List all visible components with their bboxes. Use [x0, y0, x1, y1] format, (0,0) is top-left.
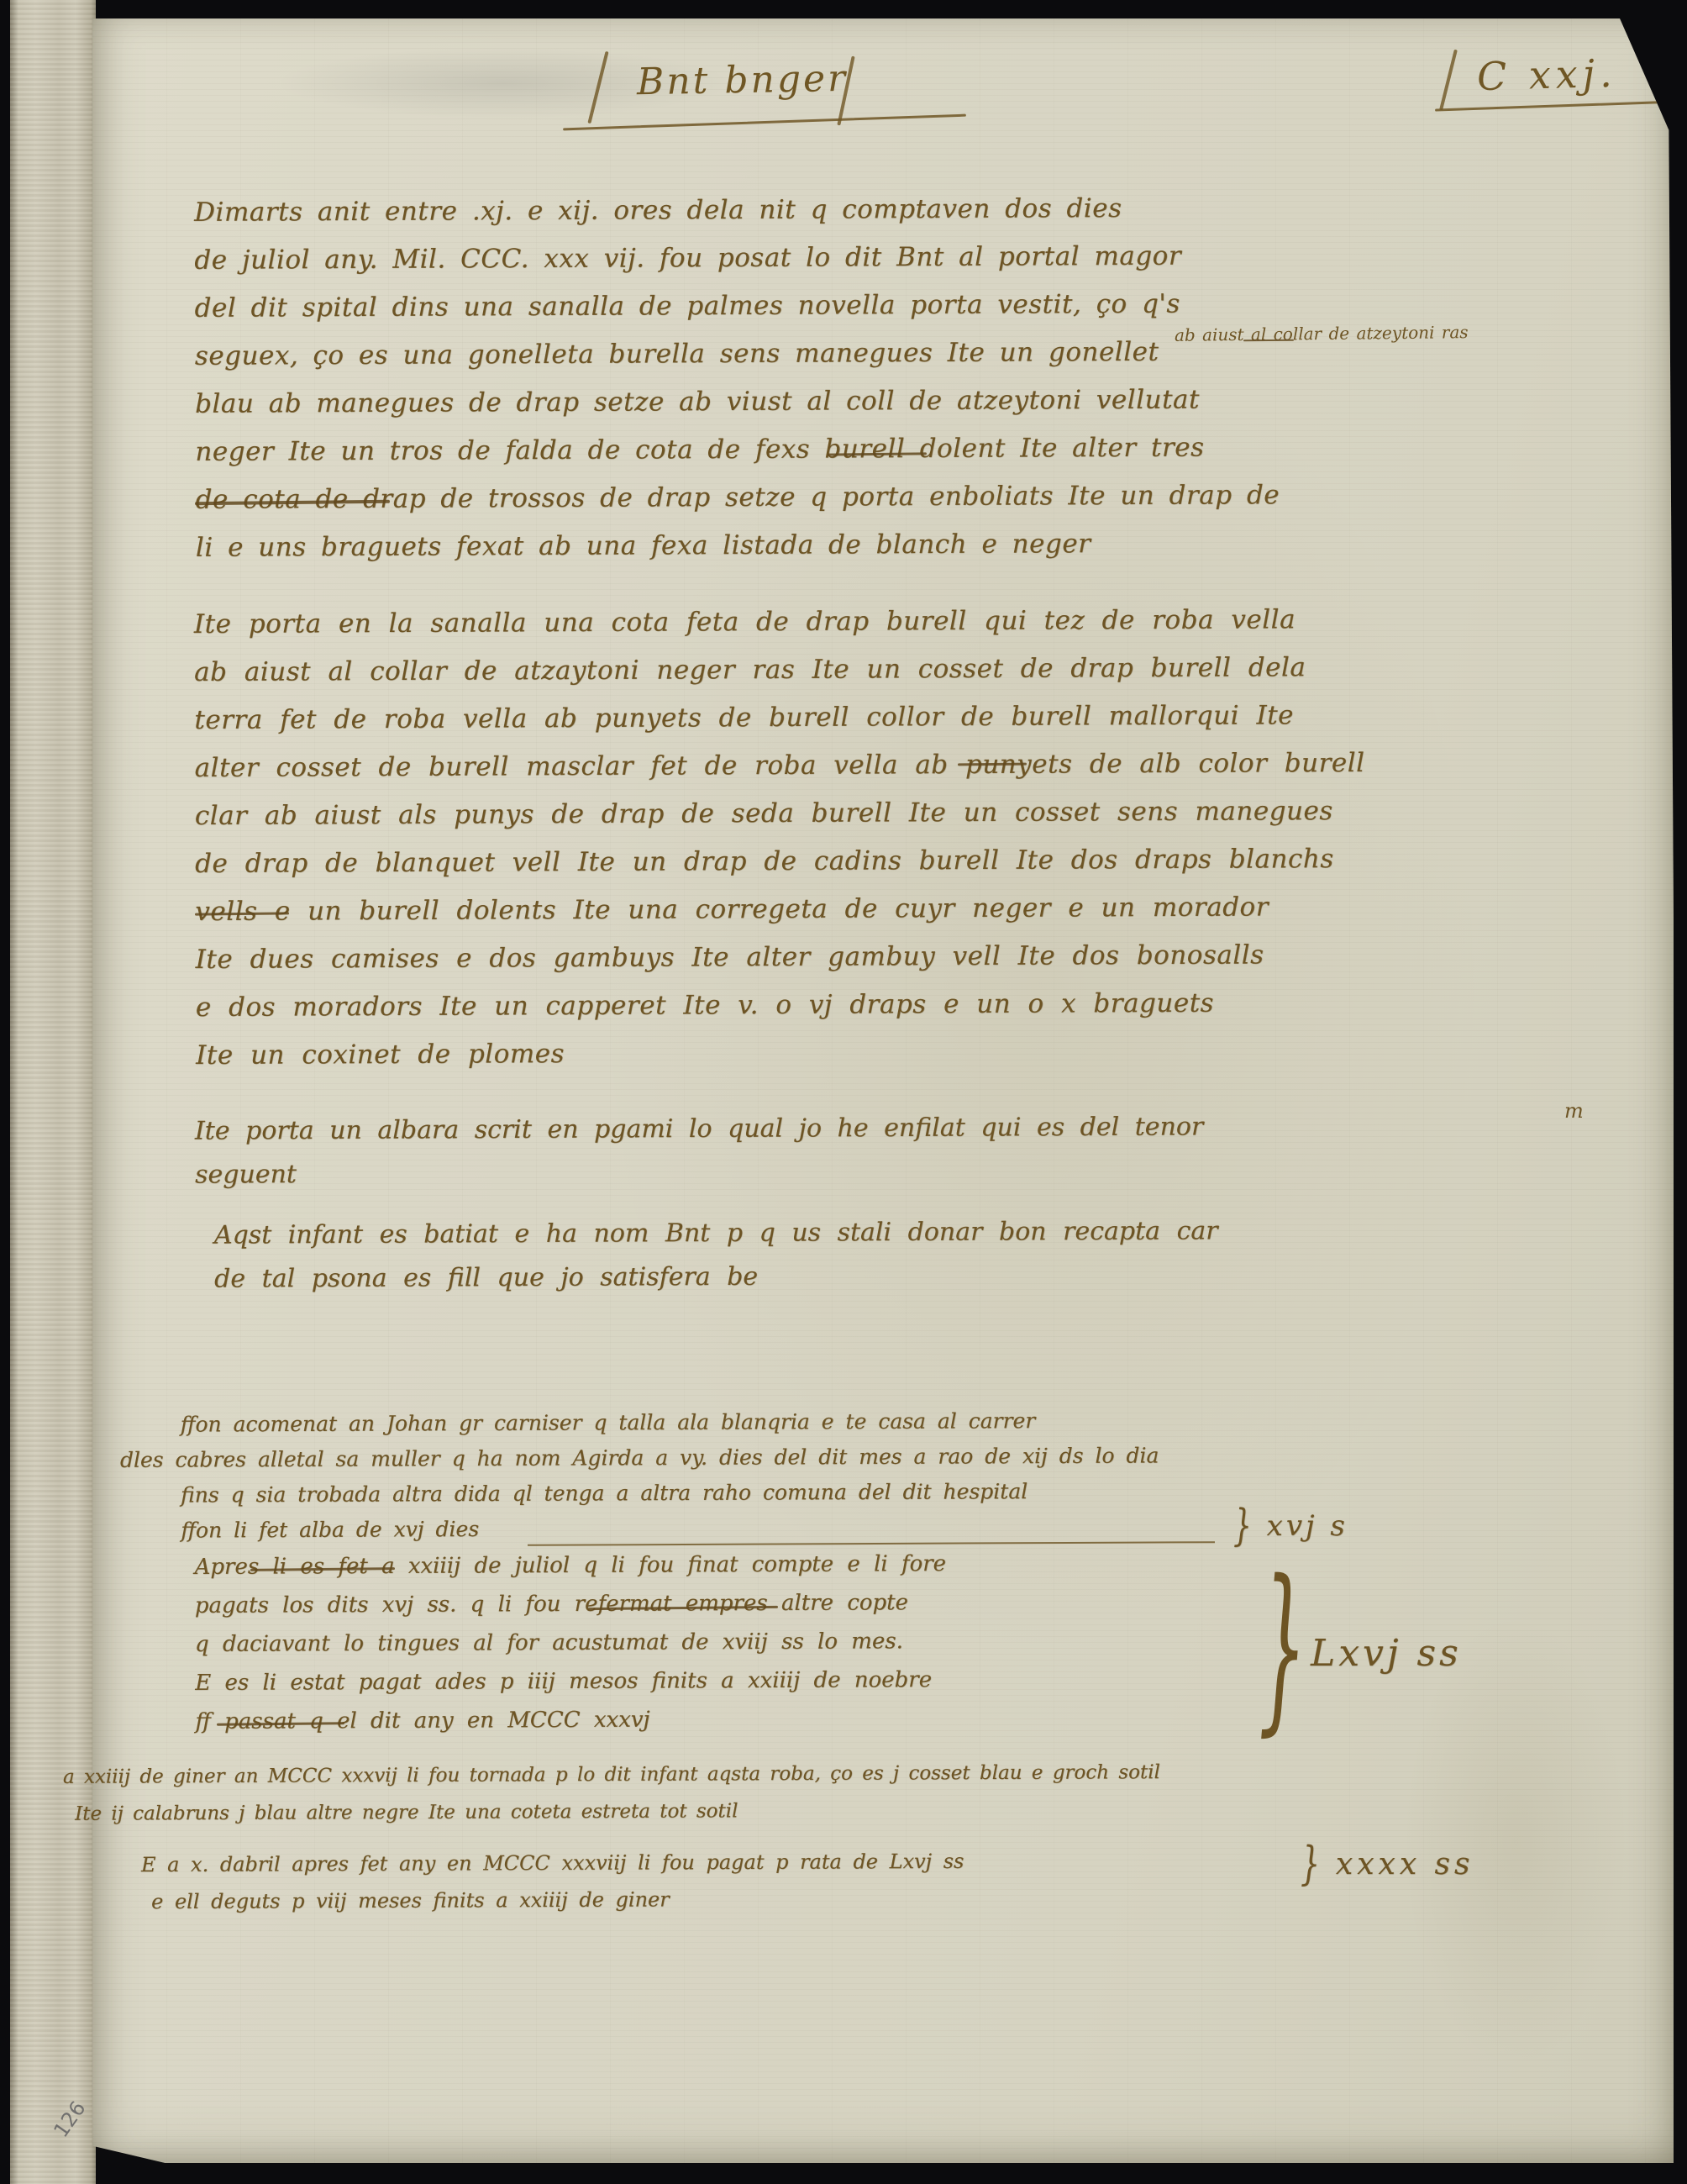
- note-text-paragraph: Aqst infant es batiat e ha nom Bnt p q u…: [214, 1209, 1218, 1301]
- folio-number: C xxj.: [1476, 50, 1617, 99]
- title-flourish-left: [587, 51, 608, 124]
- text-line: ffon acomenat an Johan gr carniser q tal…: [181, 1402, 1159, 1442]
- text-line: de cota de drap de trossos de drap setze…: [196, 471, 1280, 524]
- interlinear-insertion: ab aiust al collar de atzeytoni ras: [1175, 322, 1469, 345]
- text-line: E es li estat pagat ades p iiij mesos fi…: [195, 1660, 947, 1702]
- tall-brace-mark: }: [1259, 1556, 1306, 1737]
- text-line: e ell deguts p viij meses finits a xxiii…: [151, 1880, 964, 1920]
- clothing-list-paragraph: Ite porta en la sanalla una cota feta de…: [194, 596, 1366, 1080]
- text-line: dles cabres alletal sa muller q ha nom A…: [120, 1438, 1159, 1477]
- text-line: ff passat q el dit any en MCCC xxxvj: [195, 1699, 947, 1741]
- title-underline: [563, 114, 966, 131]
- text-line: blau ab manegues de drap setze ab viust …: [195, 376, 1280, 429]
- text-line: seguex, ço es una gonelleta burella sens…: [195, 328, 1280, 381]
- text-line: Dimarts anit entre .xj. e xij. ores dela…: [194, 184, 1279, 237]
- text-line: Aqst infant es batiat e ha nom Bnt p q u…: [214, 1209, 1218, 1257]
- text-line: clar ab aiust als punys de drap de seda …: [195, 787, 1365, 840]
- text-line: Ite ij calabruns j blau altre negre Ite …: [75, 1791, 1160, 1833]
- folio-flourish: [1439, 50, 1458, 111]
- text-line: vells e un burell dolents Ite una correg…: [195, 883, 1365, 936]
- text-line: li e uns braguets fexat ab una fexa list…: [196, 519, 1280, 572]
- text-line: E a x. dabril apres fet any en MCCC xxxv…: [141, 1843, 964, 1883]
- margin-amount: Lxvj ss: [1311, 1632, 1462, 1675]
- text-line: de juliol any. Mil. CCC. xxx vij. fou po…: [194, 232, 1279, 285]
- folio-underline: [1435, 99, 1687, 111]
- text-line: q daciavant lo tingues al for acustumat …: [195, 1622, 947, 1664]
- text-line: seguent: [195, 1149, 1204, 1197]
- text-line: de drap de blanquet vell Ite un drap de …: [195, 835, 1365, 888]
- margin-amount: }xxxx ss: [1301, 1847, 1474, 1881]
- amount-text: Lxvj ss: [1311, 1632, 1462, 1675]
- running-title: Bnt bnger: [637, 57, 849, 103]
- text-line: Apres li es fet a xxiiij de juliol q li …: [195, 1545, 947, 1587]
- brace-mark: }: [1301, 1839, 1324, 1891]
- final-payment-paragraph: E a x. dabril apres fet any en MCCC xxxv…: [141, 1843, 964, 1920]
- returned-clothes-paragraph: a xxiiij de giner an MCCC xxxvij li fou …: [63, 1754, 1160, 1833]
- text-line: Ite un coxinet de plomes: [196, 1027, 1366, 1080]
- text-line: fins q sia trobada altra dida ql tenga a…: [181, 1473, 1159, 1513]
- amount-text: xvj s: [1267, 1509, 1348, 1543]
- text-line: neger Ite un tros de falda de cota de fe…: [195, 424, 1280, 476]
- text-line: pagats los dits xvj ss. q li fou referma…: [195, 1583, 947, 1625]
- amount-text: xxxx ss: [1336, 1847, 1474, 1881]
- text-line: Ite porta un albara scrit en pgami lo qu…: [195, 1105, 1204, 1153]
- book-gutter-page-edges: [10, 0, 96, 2184]
- text-line: alter cosset de burell masclar fet de ro…: [195, 739, 1365, 792]
- text-line: del dit spital dins una sanalla de palme…: [195, 280, 1280, 333]
- text-line: Ite porta en la sanalla una cota feta de…: [194, 596, 1364, 649]
- text-line: de tal psona es fill que jo satisfera be: [214, 1253, 1218, 1301]
- superscript-mark: m: [1564, 1099, 1584, 1123]
- entry-paragraph: Dimarts anit entre .xj. e xij. ores dela…: [194, 184, 1280, 572]
- manuscript-photo: { "page": { "running_title": "Bnt bnger"…: [0, 0, 1687, 2184]
- text-line: a xxiiij de giner an MCCC xxxvij li fou …: [63, 1754, 1160, 1796]
- text-line: ab aiust al collar de atzaytoni neger ra…: [194, 644, 1364, 697]
- text-line: terra fet de roba vella ab punyets de bu…: [194, 692, 1364, 745]
- brace-mark: }: [1233, 1501, 1255, 1551]
- payment-paragraph: Apres li es fet a xxiiij de juliol q li …: [195, 1545, 947, 1741]
- wetnurse-paragraph: ffon acomenat an Johan gr carniser q tal…: [181, 1402, 1159, 1548]
- margin-amount: }xvj s: [1233, 1509, 1348, 1543]
- albara-paragraph: Ite porta un albara scrit en pgami lo qu…: [195, 1105, 1204, 1197]
- text-line: e dos moradors Ite un capperet Ite v. o …: [196, 979, 1366, 1032]
- text-line: Ite dues camises e dos gambuys Ite alter…: [196, 931, 1366, 984]
